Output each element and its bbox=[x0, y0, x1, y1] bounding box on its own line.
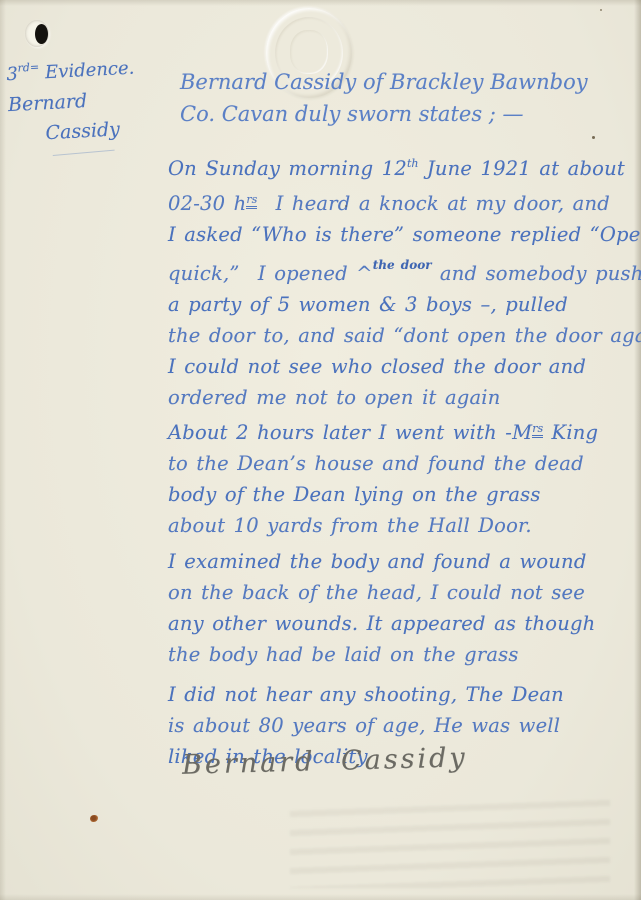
handwritten-line: the body had be laid on the grass bbox=[168, 639, 638, 670]
heading-line-1: Bernard Cassidy of Brackley Bawnboy bbox=[180, 66, 640, 98]
handwritten-line: the door to, and said “dont open the doo… bbox=[168, 320, 638, 351]
handwritten-line: about 10 yards from the Hall Door. bbox=[168, 510, 638, 541]
punch-hole bbox=[25, 20, 49, 47]
handwritten-line: to the Dean’s house and found the dead bbox=[168, 448, 638, 479]
margin-note-line-3: Cassidy bbox=[45, 112, 170, 148]
handwritten-line: on the back of the head, I could not see bbox=[168, 577, 638, 608]
show-through-smudge bbox=[290, 798, 610, 888]
handwritten-line: I could not see who closed the door and bbox=[168, 351, 638, 382]
ink-speck bbox=[600, 9, 602, 11]
document-page: 3rd= Evidence. Bernard Cassidy Bernard C… bbox=[0, 0, 641, 900]
handwritten-line: a party of 5 women & 3 boys –, pulled bbox=[168, 289, 638, 320]
handwritten-line: ordered me not to open it again bbox=[168, 382, 638, 413]
handwritten-line: 02-30 hrs I heard a knock at my door, an… bbox=[168, 184, 638, 219]
handwritten-line: any other wounds. It appeared as though bbox=[168, 608, 638, 639]
ink-speck bbox=[592, 136, 595, 139]
heading-line-2: Co. Cavan duly sworn states ; — bbox=[180, 98, 640, 130]
handwritten-line: I did not hear any shooting, The Dean bbox=[168, 679, 638, 710]
statement-heading: Bernard Cassidy of Brackley Bawnboy Co. … bbox=[180, 66, 640, 130]
margin-note: 3rd= Evidence. Bernard Cassidy bbox=[5, 46, 170, 157]
handwritten-line: I asked “Who is there” someone replied “… bbox=[168, 219, 638, 250]
handwritten-line: body of the Dean lying on the grass bbox=[168, 479, 638, 510]
handwritten-line: is about 80 years of age, He was well bbox=[168, 710, 638, 741]
ink-speck bbox=[345, 205, 347, 207]
signature: Bernard Cassidy bbox=[182, 742, 468, 780]
rust-spot bbox=[90, 815, 98, 822]
handwritten-line: I examined the body and found a wound bbox=[168, 546, 638, 577]
margin-underline bbox=[53, 150, 115, 156]
handwritten-line: On Sunday morning 12th June 1921 at abou… bbox=[168, 148, 638, 184]
statement-body: On Sunday morning 12th June 1921 at abou… bbox=[168, 148, 638, 772]
handwritten-line: About 2 hours later I went with -Mrs Kin… bbox=[168, 413, 638, 448]
handwritten-line: quick,” I opened ^the door and somebody … bbox=[168, 250, 638, 289]
